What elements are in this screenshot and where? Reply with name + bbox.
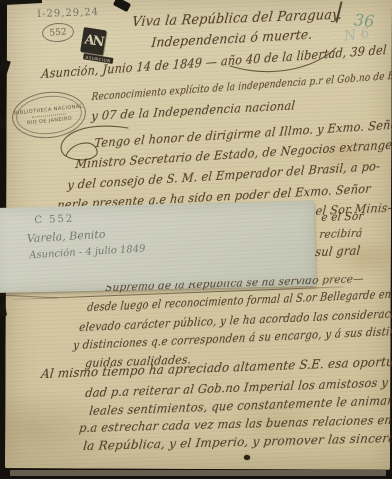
slip-place-date: Asunción - 4 julio 1849 bbox=[29, 244, 146, 262]
pencil-catalog-number: I-29,29,24 bbox=[37, 7, 99, 20]
archival-catalog-slip: C 552 Varela, Benito Asunción - 4 julio … bbox=[0, 201, 316, 293]
margin-fragment: e el Sor bbox=[321, 210, 365, 225]
margin-fragment: sul gral bbox=[315, 243, 362, 259]
archive-ink-stamp: AN ASUNCION bbox=[79, 27, 118, 64]
scan-edge-artifact bbox=[0, 118, 6, 127]
oval-stamp-number: 552 bbox=[49, 27, 67, 38]
page-bottom-edge bbox=[10, 470, 386, 476]
monogram-letters: AN bbox=[83, 32, 103, 50]
margin-fragment: recibirá bbox=[319, 226, 364, 241]
archive-stamp-monogram: AN bbox=[80, 27, 107, 55]
manuscript-scan: I-29,29,24 552 AN ASUNCION 36 N 6 BIBLIO… bbox=[0, 0, 392, 479]
paper-hole bbox=[244, 455, 250, 460]
slip-call-number: C 552 bbox=[34, 213, 74, 226]
slip-author: Varela, Benito bbox=[27, 228, 106, 246]
